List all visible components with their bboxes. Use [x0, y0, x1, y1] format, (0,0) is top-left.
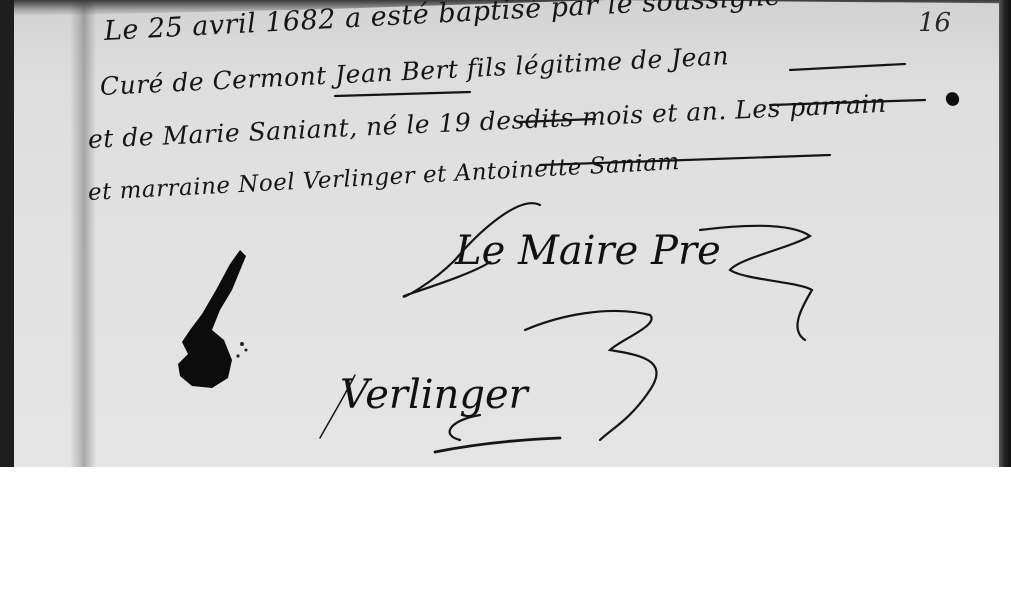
ink-blot-icon: [172, 250, 252, 390]
signature-priest: Le Maire Pre: [455, 228, 721, 274]
signature-godfather: Verlinger: [340, 372, 528, 418]
folio-number: 16: [918, 8, 951, 38]
manuscript-scan: Le 25 avril 1682 a esté baptisé par le s…: [0, 0, 1011, 467]
page-edge-shadow: [999, 0, 1011, 467]
page-fold-shadow: [70, 0, 96, 467]
